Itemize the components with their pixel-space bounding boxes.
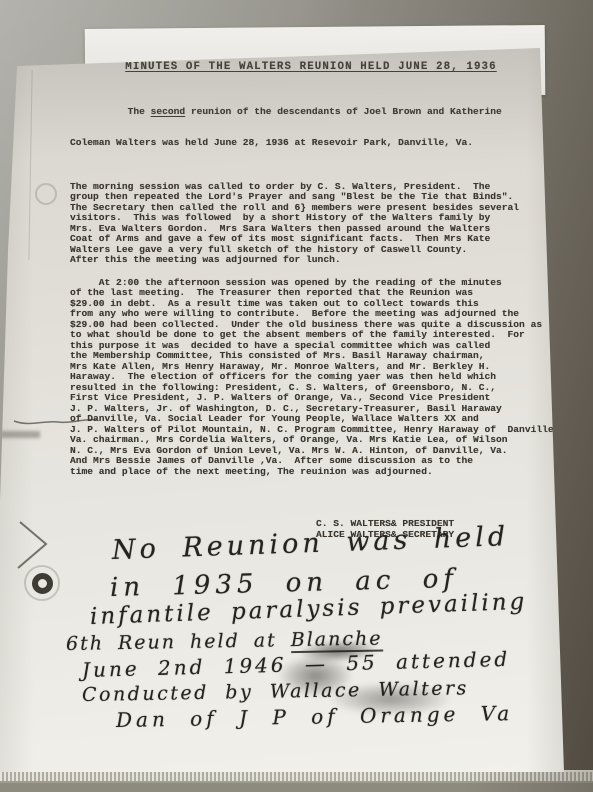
typed-line: After this the meeting was adjourned for…: [70, 255, 552, 266]
typed-line: to what should be done to get the absent…: [70, 330, 552, 341]
typed-line: Haraway. The election of officers for th…: [70, 372, 552, 383]
typed-line: First Vice President, J. P. Walters of O…: [70, 393, 552, 404]
typed-line: The second reunion of the descendants of…: [70, 107, 552, 118]
document-page: MINUTES OF THE WALTERS REUNION HELD JUNE…: [0, 46, 566, 772]
document-title: MINUTES OF THE WALTERS REUNION HELD JUNE…: [70, 62, 552, 73]
intro-pre: The: [70, 106, 151, 117]
seam-shadow: [0, 770, 593, 792]
ink-blot: [328, 682, 453, 716]
typed-line: Coleman Walters was held June 28, 1936 a…: [70, 138, 552, 149]
paragraph-morning-session: The morning session was called to order …: [70, 182, 552, 266]
typed-line: time and place of the next meeting, The …: [70, 467, 552, 478]
paragraph-afternoon-session: At 2:00 the afternoon session was opened…: [70, 278, 552, 478]
typed-line: Va. chairman., Mrs Cordelia Walters, of …: [70, 435, 552, 446]
binder-seam: [0, 770, 593, 792]
typed-line: the Membership Committee, This consisted…: [70, 351, 552, 362]
typed-line: group then repeated the Lord's Prayer an…: [70, 192, 552, 203]
paragraph-intro: The second reunion of the descendants of…: [70, 86, 552, 170]
typed-content: MINUTES OF THE WALTERS REUNION HELD JUNE…: [70, 62, 552, 540]
intro-underlined-word: second: [151, 106, 186, 117]
typed-line: visitors. This was followed by a short H…: [70, 213, 552, 224]
typed-line: Coat of Arms and gave a few of its most …: [70, 234, 552, 245]
typed-line: from any who were willing to contribute.…: [70, 309, 552, 320]
typed-line: of the last meeting. The Treasurer then …: [70, 288, 552, 299]
intro-post: reunion of the descendants of Joel Brown…: [185, 106, 502, 117]
photo-of-document: { "document": { "title": "MINUTES OF THE…: [0, 0, 593, 792]
handwritten-text: 6th Reun held at: [66, 629, 291, 655]
typed-line: of Danville, Va. Social Leader for Young…: [70, 414, 552, 425]
typed-line: And Mrs Bessie James of Danville ,Va. Af…: [70, 456, 552, 467]
